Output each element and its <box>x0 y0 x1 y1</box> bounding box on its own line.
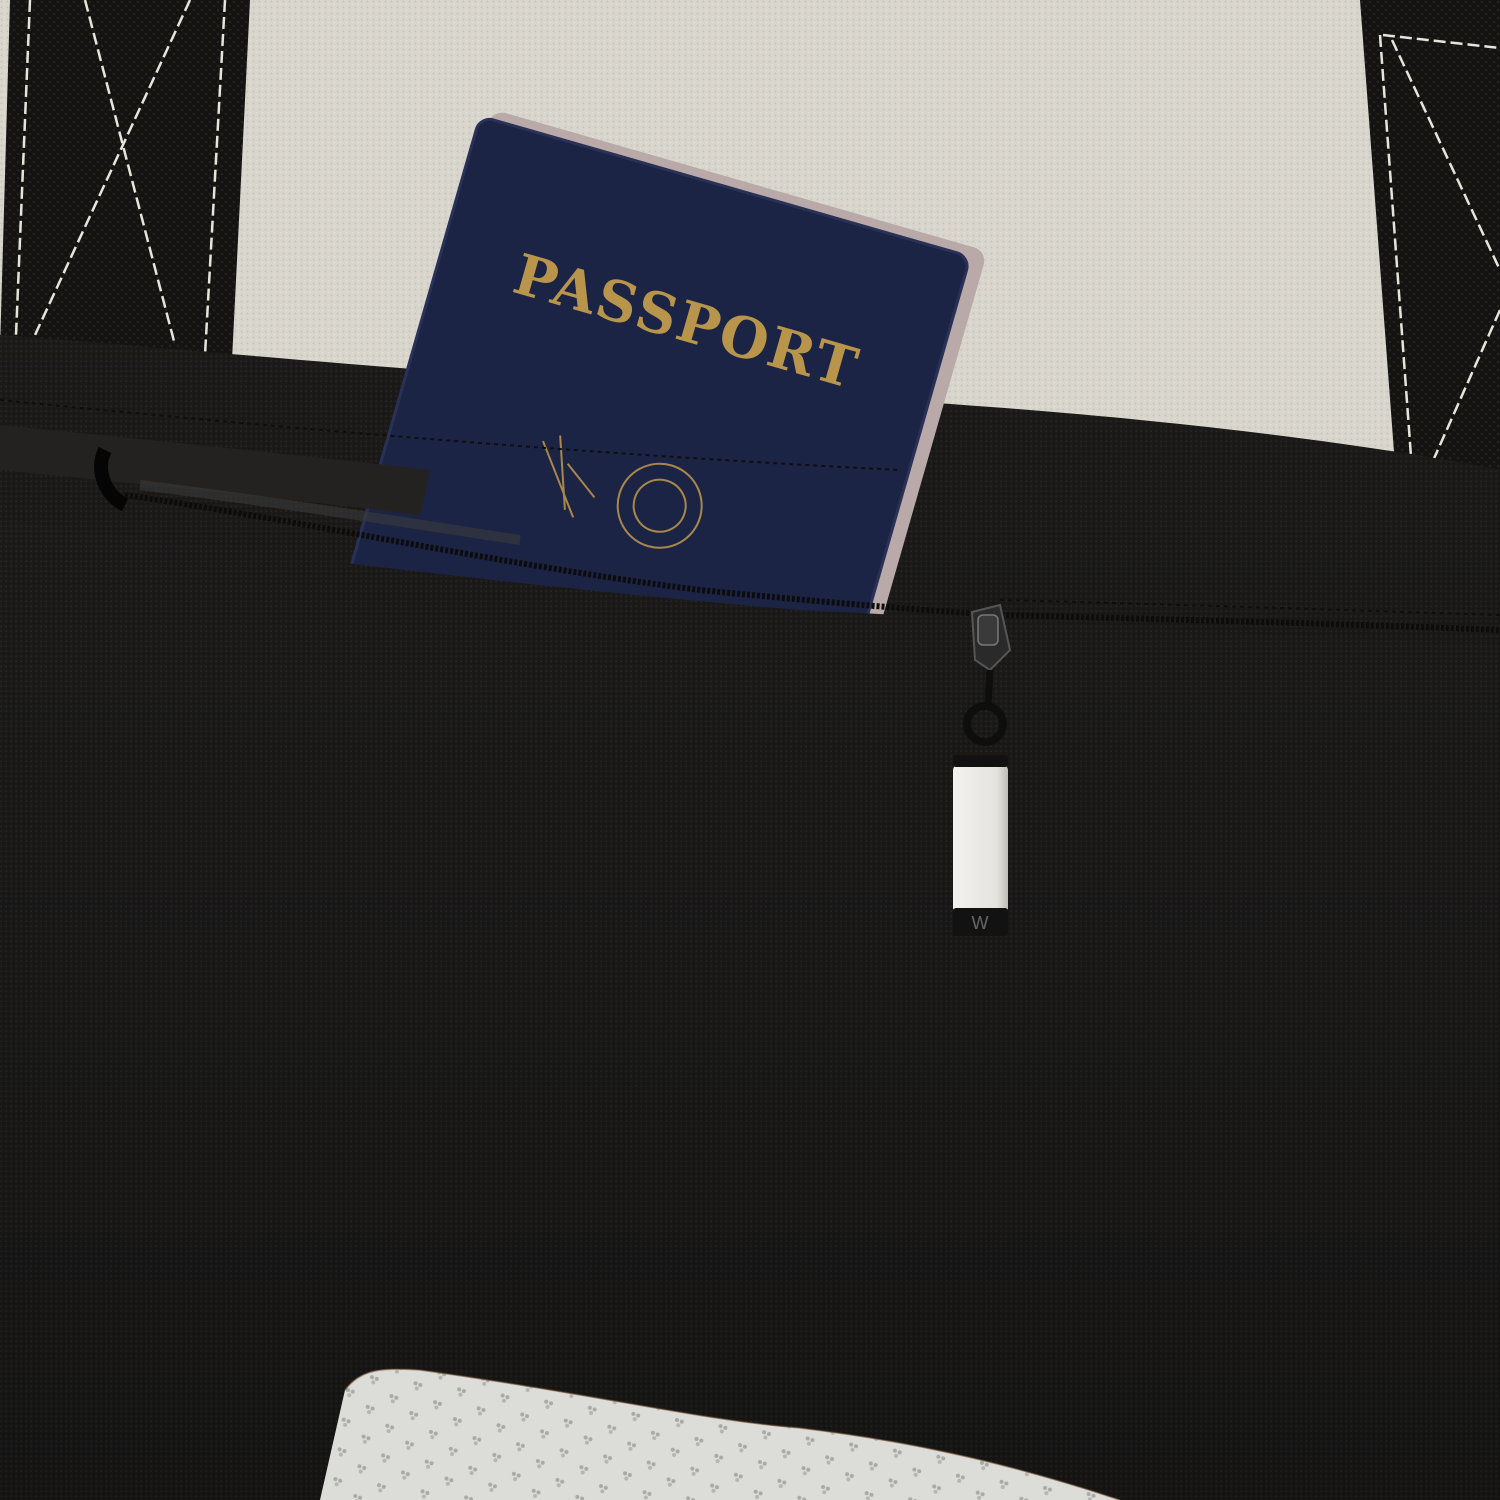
zipper-pull-logo: W <box>972 913 989 933</box>
left-strap <box>0 0 250 360</box>
tote-bag-illustration: PASSPORT W <box>0 0 1500 1500</box>
product-photo: PASSPORT W <box>0 0 1500 1500</box>
